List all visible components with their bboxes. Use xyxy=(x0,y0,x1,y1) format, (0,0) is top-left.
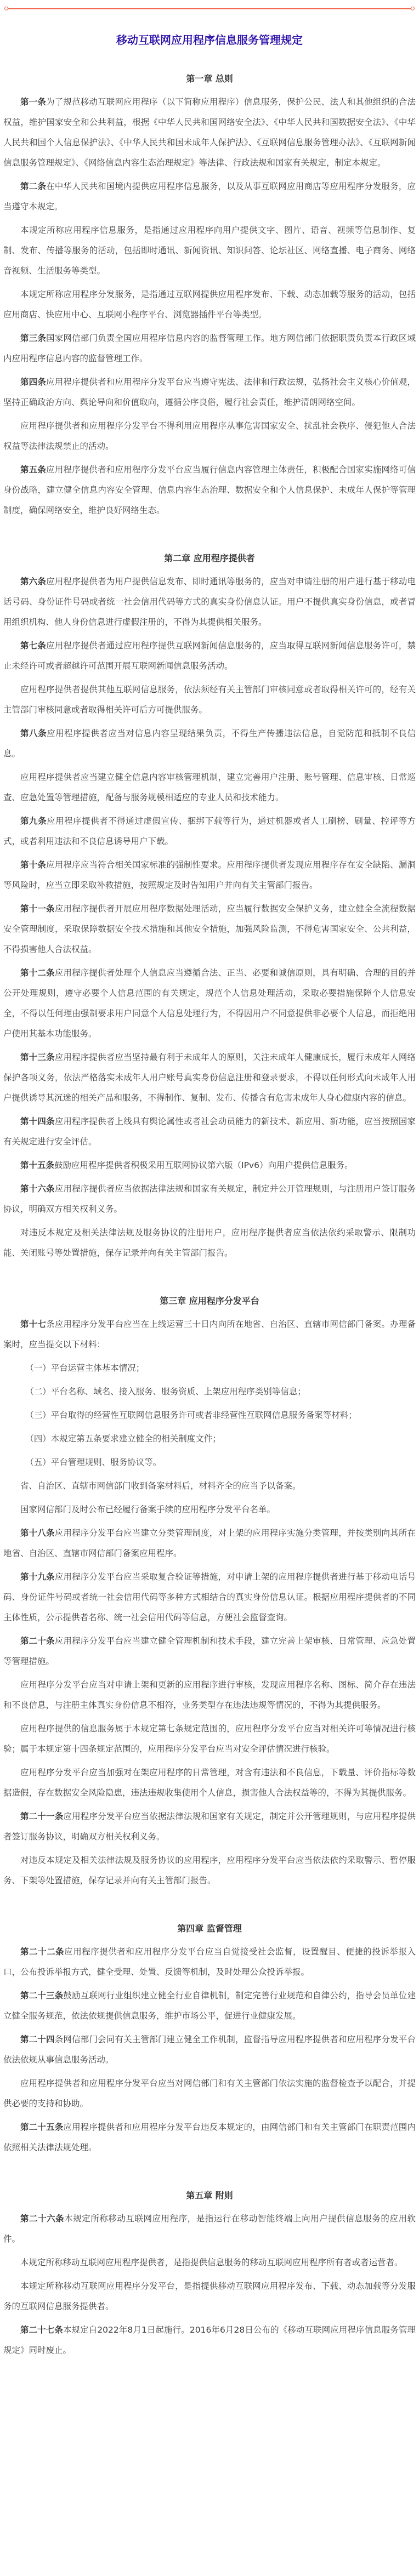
article-number: 第十二条 xyxy=(20,968,55,978)
article-number: 第二十一条 xyxy=(20,1811,63,1821)
paragraph-text: （五）平台管理规则、服务协议等。 xyxy=(25,1457,161,1467)
article-paragraph: 第九条应用程序提供者不得通过虚假宣传、捆绑下载等行为，通过机器或者人工刷榜、刷量… xyxy=(3,811,416,852)
paragraph-text: 应用程序提供者应当建立健全信息内容审核管理机制，建立完善用户注册、账号管理、信息… xyxy=(3,772,416,802)
article-number: 第二十六条 xyxy=(20,2214,64,2224)
article-paragraph: 第八条应用程序提供者应当对信息内容呈现结果负责，不得生产传播违法信息，自觉防范和… xyxy=(3,723,416,764)
paragraph-text: 应用程序提供者应当坚持最有利于未成年人的原则，关注未成年人健康成长，履行未成年人… xyxy=(3,1052,416,1103)
article-number: 第十九条 xyxy=(20,1572,55,1582)
list-item: （一）平台运营主体基本情况； xyxy=(3,1358,416,1378)
article-number: 第十条 xyxy=(20,860,46,870)
paragraph: 对违反本规定及相关法律法规及服务协议的注册用户，应用程序提供者应当依法依约采取警… xyxy=(3,1223,416,1263)
article-number: 第二条 xyxy=(20,181,46,191)
paragraph-text: 应用程序提供者处理个人信息应当遵循合法、正当、必要和诚信原则，具有明确、合理的目… xyxy=(3,968,416,1039)
paragraph-text: 鼓励互联网行业组织建立健全行业自律机制，制定完善行业规范和自律公约，指导会员单位… xyxy=(3,1991,416,2021)
paragraph-text: 国家网信部门及时公布已经履行备案手续的应用程序分发平台名单。 xyxy=(20,1504,275,1514)
paragraph-text: （二）平台名称、域名、接入服务、服务资质、上架应用程序类别等信息； xyxy=(25,1387,306,1397)
paragraph-text: 本规定自2022年8月1日起施行。2016年6月28日公布的《移动互联网应用程序… xyxy=(3,2325,416,2355)
paragraph-text: 应用程序分发平台应当依据法律法规和国家有关规定，制定并公开管理规则，与应用程序提… xyxy=(3,1811,416,1842)
article-paragraph: 第十三条应用程序提供者应当坚持最有利于未成年人的原则，关注未成年人健康成长，履行… xyxy=(3,1047,416,1108)
decorative-divider xyxy=(7,8,412,9)
paragraph-text: 鼓励应用程序提供者积极采用互联网协议第六版（IPv6）向用户提供信息服务。 xyxy=(54,1160,353,1170)
paragraph-text: （四）本规定第五条要求建立健全的相关制度文件； xyxy=(25,1434,221,1444)
article-paragraph: 第五条应用程序提供者和应用程序分发平台应当履行信息内容管理主体责任，积极配合国家… xyxy=(3,460,416,521)
article-number: 第八条 xyxy=(20,728,47,738)
article-paragraph: 第十条应用程序应当符合相关国家标准的强制性要求。应用程序提供者发现应用程序存在安… xyxy=(3,855,416,896)
article-number: 第十七 xyxy=(20,1319,46,1329)
paragraph: 应用程序提供者提供其他互联网信息服务，依法须经有关主管部门审核同意或者取得相关许… xyxy=(3,680,416,720)
article-number: 第十一条 xyxy=(20,904,55,914)
paragraph-text: 本规定所称应用程序信息服务，是指通过应用程序向用户提供文字、图片、语音、视频等信… xyxy=(3,225,416,276)
article-paragraph: 第十六条应用程序提供者应当依据法律法规和国家有关规定，制定并公开管理规则，与注册… xyxy=(3,1179,416,1219)
article-paragraph: 第二十一条应用程序分发平台应当依据法律法规和国家有关规定，制定并公开管理规则，与… xyxy=(3,1806,416,1847)
paragraph-text: 条网信部门会同有关主管部门建立健全工作机制，监督指导应用程序提供者和应用程序分发… xyxy=(3,2034,416,2065)
paragraph-text: 本规定所称移动互联网应用程序分发平台，是指提供移动互联网应用程序发布、下载、动态… xyxy=(3,2281,416,2311)
chapters-container: 第一章 总则第一条为了规范移动互联网应用程序（以下简称应用程序）信息服务，保护公… xyxy=(3,69,416,2361)
list-item: （三）平台取得的经营性互联网信息服务许可或者非经营性互联网信息服务备案等材料； xyxy=(3,1405,416,1426)
chapter-heading: 第四章 监督管理 xyxy=(3,1918,416,1939)
article-number: 第十四条 xyxy=(20,1116,55,1126)
paragraph-text: 本规定所称应用程序分发服务，是指通过互联网提供应用程序发布、下载、动态加载等服务… xyxy=(3,289,416,320)
paragraph-text: 为了规范移动互联网应用程序（以下简称应用程序）信息服务，保护公民、法人和其他组织… xyxy=(3,97,416,168)
article-number: 第六条 xyxy=(20,577,46,586)
paragraph-text: 应用程序提供者为用户提供信息发布、即时通讯等服务的，应当对申请注册的用户进行基于… xyxy=(3,577,416,627)
paragraph-text: 应用程序提供者和应用程序分发平台应当自觉接受社会监督，设置醒目、便捷的投诉举报入… xyxy=(3,1947,416,1977)
article-paragraph: 第二条在中华人民共和国境内提供应用程序信息服务，以及从事互联网应用商店等应用程序… xyxy=(3,176,416,217)
chapter-heading: 第五章 附则 xyxy=(3,2185,416,2205)
paragraph-text: 应用程序提供者和应用程序分发平台应当遵守宪法、法律和行政法规，弘扬社会主义核心价… xyxy=(3,377,416,407)
article-number: 第五条 xyxy=(20,465,46,475)
article-number: 第十三条 xyxy=(20,1052,55,1062)
paragraph: 应用程序提供者和应用程序分发平台应当对网信部门和有关主管部门依法实施的监督检查予… xyxy=(3,2073,416,2114)
paragraph-text: 应用程序提供者和应用程序分发平台不得利用应用程序从事危害国家安全、扰乱社会秩序、… xyxy=(3,421,416,451)
paragraph-text: 应用程序分发平台应当采取复合验证等措施，对申请上架的应用程序提供者进行基于移动电… xyxy=(3,1572,416,1622)
article-paragraph: 第二十五条应用程序提供者和应用程序分发平台违反本规定的，由网信部门和有关主管部门… xyxy=(3,2117,416,2158)
article-number: 第二十七条 xyxy=(20,2325,63,2335)
paragraph-text: 本规定所称移动互联网应用程序，是指运行在移动智能终端上向用户提供信息服务的应用软… xyxy=(3,2214,416,2244)
chapter-heading: 第二章 应用程序提供者 xyxy=(3,548,416,568)
article-number: 第一条 xyxy=(20,97,46,107)
article-paragraph: 第二十六条本规定所称移动互联网应用程序，是指运行在移动智能终端上向用户提供信息服… xyxy=(3,2209,416,2249)
article-number: 第四条 xyxy=(20,377,46,387)
paragraph-text: 应用程序应当符合相关国家标准的强制性要求。应用程序提供者发现应用程序存在安全缺陷… xyxy=(3,860,416,890)
paragraph-text: 应用程序分发平台应当加强对在架应用程序的日常管理，对含有违法和不良信息，下载量、… xyxy=(3,1768,416,1798)
paragraph: 国家网信部门及时公布已经履行备案手续的应用程序分发平台名单。 xyxy=(3,1500,416,1520)
article-paragraph: 第七条应用程序提供者通过应用程序提供互联网新闻信息服务的，应当取得互联网新闻信息… xyxy=(3,636,416,676)
article-paragraph: 第二十七条本规定自2022年8月1日起施行。2016年6月28日公布的《移动互联… xyxy=(3,2320,416,2361)
paragraph-text: 应用程序分发平台应当对申请上架和更新的应用程序进行审核，发现应用程序名称、图标、… xyxy=(3,1680,416,1710)
paragraph: 应用程序分发平台应当对申请上架和更新的应用程序进行审核，发现应用程序名称、图标、… xyxy=(3,1675,416,1716)
article-number: 第二十条 xyxy=(20,1636,55,1646)
document-title: 移动互联网应用程序信息服务管理规定 xyxy=(3,31,416,49)
paragraph-text: 对违反本规定及相关法律法规及服务协议的应用程序，应用程序分发平台应当依法依约采取… xyxy=(3,1855,416,1885)
article-paragraph: 第十二条应用程序提供者处理个人信息应当遵循合法、正当、必要和诚信原则，具有明确、… xyxy=(3,963,416,1044)
article-number: 第二十三条 xyxy=(20,1991,63,2001)
article-paragraph: 第四条应用程序提供者和应用程序分发平台应当遵守宪法、法律和行政法规，弘扬社会主义… xyxy=(3,372,416,413)
paragraph-text: 应用程序提供者和应用程序分发平台违反本规定的，由网信部门和有关主管部门在职责范围… xyxy=(3,2122,416,2152)
paragraph: 应用程序提供者应当建立健全信息内容审核管理机制，建立完善用户注册、账号管理、信息… xyxy=(3,767,416,808)
paragraph-text: 应用程序提供者和应用程序分发平台应当对网信部门和有关主管部门依法实施的监督检查予… xyxy=(3,2078,416,2108)
list-item: （二）平台名称、域名、接入服务、服务资质、上架应用程序类别等信息； xyxy=(3,1382,416,1402)
paragraph-text: 应用程序提供者应当对信息内容呈现结果负责，不得生产传播违法信息，自觉防范和抵制不… xyxy=(3,728,416,759)
article-number: 第十六条 xyxy=(20,1184,55,1194)
article-number: 第七条 xyxy=(20,641,46,651)
article-paragraph: 第二十条应用程序分发平台应当建立健全管理机制和技术手段，建立完善上架审核、日常管… xyxy=(3,1631,416,1672)
paragraph: 应用程序提供者和应用程序分发平台不得利用应用程序从事危害国家安全、扰乱社会秩序、… xyxy=(3,416,416,457)
chapter-heading: 第一章 总则 xyxy=(3,69,416,89)
paragraph-text: 本规定所称移动互联网应用程序提供者，是指提供信息服务的移动互联网应用程序所有者或… xyxy=(20,2258,403,2267)
article-paragraph: 第十八条应用程序分发平台应当建立分类管理制度，对上架的应用程序实施分类管理，并按… xyxy=(3,1523,416,1564)
list-item: （四）本规定第五条要求建立健全的相关制度文件； xyxy=(3,1429,416,1449)
article-paragraph: 第六条应用程序提供者为用户提供信息发布、即时通讯等服务的，应当对申请注册的用户进… xyxy=(3,572,416,632)
paragraph: 本规定所称移动互联网应用程序提供者，是指提供信息服务的移动互联网应用程序所有者或… xyxy=(3,2253,416,2273)
article-paragraph: 第一条为了规范移动互联网应用程序（以下简称应用程序）信息服务，保护公民、法人和其… xyxy=(3,92,416,173)
article-number: 第十八条 xyxy=(20,1528,55,1538)
paragraph-text: （三）平台取得的经营性互联网信息服务许可或者非经营性互联网信息服务备案等材料； xyxy=(25,1410,357,1420)
paragraph-text: 应用程序提供者通过应用程序提供互联网新闻信息服务的，应当取得互联网新闻信息服务许… xyxy=(3,641,416,671)
article-number: 第九条 xyxy=(20,816,47,826)
paragraph-text: 应用程序提供者和应用程序分发平台应当履行信息内容管理主体责任，积极配合国家实施网… xyxy=(3,465,416,515)
paragraph-text: 对违反本规定及相关法律法规及服务协议的注册用户，应用程序提供者应当依法依约采取警… xyxy=(3,1228,416,1258)
article-number: 第三条 xyxy=(20,333,46,343)
list-item: （五）平台管理规则、服务协议等。 xyxy=(3,1452,416,1473)
article-number: 第二十二条 xyxy=(20,1947,64,1957)
paragraph-text: 国家网信部门负责全国应用程序信息内容的监督管理工作。地方网信部门依据职责负责本行… xyxy=(3,333,416,363)
article-paragraph: 第二十三条鼓励互联网行业组织建立健全行业自律机制，制定完善行业规范和自律公约，指… xyxy=(3,1986,416,2026)
divider-dot-icon xyxy=(4,7,8,10)
paragraph-text: 条应用程序分发平台应当在上线运营三十日内向所在地省、自治区、直辖市网信部门备案。… xyxy=(3,1319,416,1349)
paragraph-text: 应用程序提供的信息服务属于本规定第七条规定范围的，应用程序分发平台应当对相关许可… xyxy=(3,1724,416,1754)
document-page: 移动互联网应用程序信息服务管理规定 第一章 总则第一条为了规范移动互联网应用程序… xyxy=(0,8,419,2366)
article-paragraph: 第十七条应用程序分发平台应当在上线运营三十日内向所在地省、自治区、直辖市网信部门… xyxy=(3,1314,416,1355)
paragraph-text: 应用程序提供者不得通过虚假宣传、捆绑下载等行为，通过机器或者人工刷榜、刷量、控评… xyxy=(3,816,416,846)
article-number: 第二十五条 xyxy=(20,2122,63,2132)
article-paragraph: 第二十四条网信部门会同有关主管部门建立健全工作机制，监督指导应用程序提供者和应用… xyxy=(3,2030,416,2070)
divider-dot-icon xyxy=(411,7,415,10)
paragraph-text: 应用程序提供者开展应用程序数据处理活动，应当履行数据安全保护义务，建立健全全流程… xyxy=(3,904,416,954)
paragraph-text: 在中华人民共和国境内提供应用程序信息服务，以及从事互联网应用商店等应用程序分发服… xyxy=(3,181,416,212)
article-paragraph: 第十一条应用程序提供者开展应用程序数据处理活动，应当履行数据安全保护义务，建立健… xyxy=(3,899,416,960)
article-number: 第十五条 xyxy=(20,1160,54,1170)
paragraph: 对违反本规定及相关法律法规及服务协议的应用程序，应用程序分发平台应当依法依约采取… xyxy=(3,1850,416,1891)
article-paragraph: 第二十二条应用程序提供者和应用程序分发平台应当自觉接受社会监督，设置醒目、便捷的… xyxy=(3,1942,416,1982)
article-paragraph: 第十四条应用程序提供者上线具有舆论属性或者社会动员能力的新技术、新应用、新功能，… xyxy=(3,1112,416,1152)
paragraph-text: 省、自治区、直辖市网信部门收到备案材料后，材料齐全的应当予以备案。 xyxy=(20,1481,301,1491)
paragraph-text: 应用程序提供者上线具有舆论属性或者社会动员能力的新技术、新应用、新功能，应当按照… xyxy=(3,1116,416,1147)
paragraph: 应用程序分发平台应当加强对在架应用程序的日常管理，对含有违法和不良信息，下载量、… xyxy=(3,1763,416,1803)
paragraph: 本规定所称应用程序信息服务，是指通过应用程序向用户提供文字、图片、语音、视频等信… xyxy=(3,220,416,281)
paragraph-text: （一）平台运营主体基本情况； xyxy=(25,1363,144,1373)
article-number: 第二十四 xyxy=(20,2034,55,2044)
paragraph-text: 应用程序提供者应当依据法律法规和国家有关规定，制定并公开管理规则，与注册用户签订… xyxy=(3,1184,416,1214)
paragraph: 应用程序提供的信息服务属于本规定第七条规定范围的，应用程序分发平台应当对相关许可… xyxy=(3,1719,416,1759)
paragraph-text: 应用程序分发平台应当建立健全管理机制和技术手段，建立完善上架审核、日常管理、应急… xyxy=(3,1636,416,1666)
chapter-heading: 第三章 应用程序分发平台 xyxy=(3,1291,416,1311)
paragraph: 省、自治区、直辖市网信部门收到备案材料后，材料齐全的应当予以备案。 xyxy=(3,1476,416,1496)
paragraph-text: 应用程序分发平台应当建立分类管理制度，对上架的应用程序实施分类管理，并按类别向其… xyxy=(3,1528,416,1558)
article-paragraph: 第十九条应用程序分发平台应当采取复合验证等措施，对申请上架的应用程序提供者进行基… xyxy=(3,1567,416,1628)
article-paragraph: 第三条国家网信部门负责全国应用程序信息内容的监督管理工作。地方网信部门依据职责负… xyxy=(3,328,416,369)
paragraph: 本规定所称移动互联网应用程序分发平台，是指提供移动互联网应用程序发布、下载、动态… xyxy=(3,2276,416,2317)
paragraph-text: 应用程序提供者提供其他互联网信息服务，依法须经有关主管部门审核同意或者取得相关许… xyxy=(3,685,416,715)
paragraph: 本规定所称应用程序分发服务，是指通过互联网提供应用程序发布、下载、动态加载等服务… xyxy=(3,284,416,325)
article-paragraph: 第十五条鼓励应用程序提供者积极采用互联网协议第六版（IPv6）向用户提供信息服务… xyxy=(3,1155,416,1176)
